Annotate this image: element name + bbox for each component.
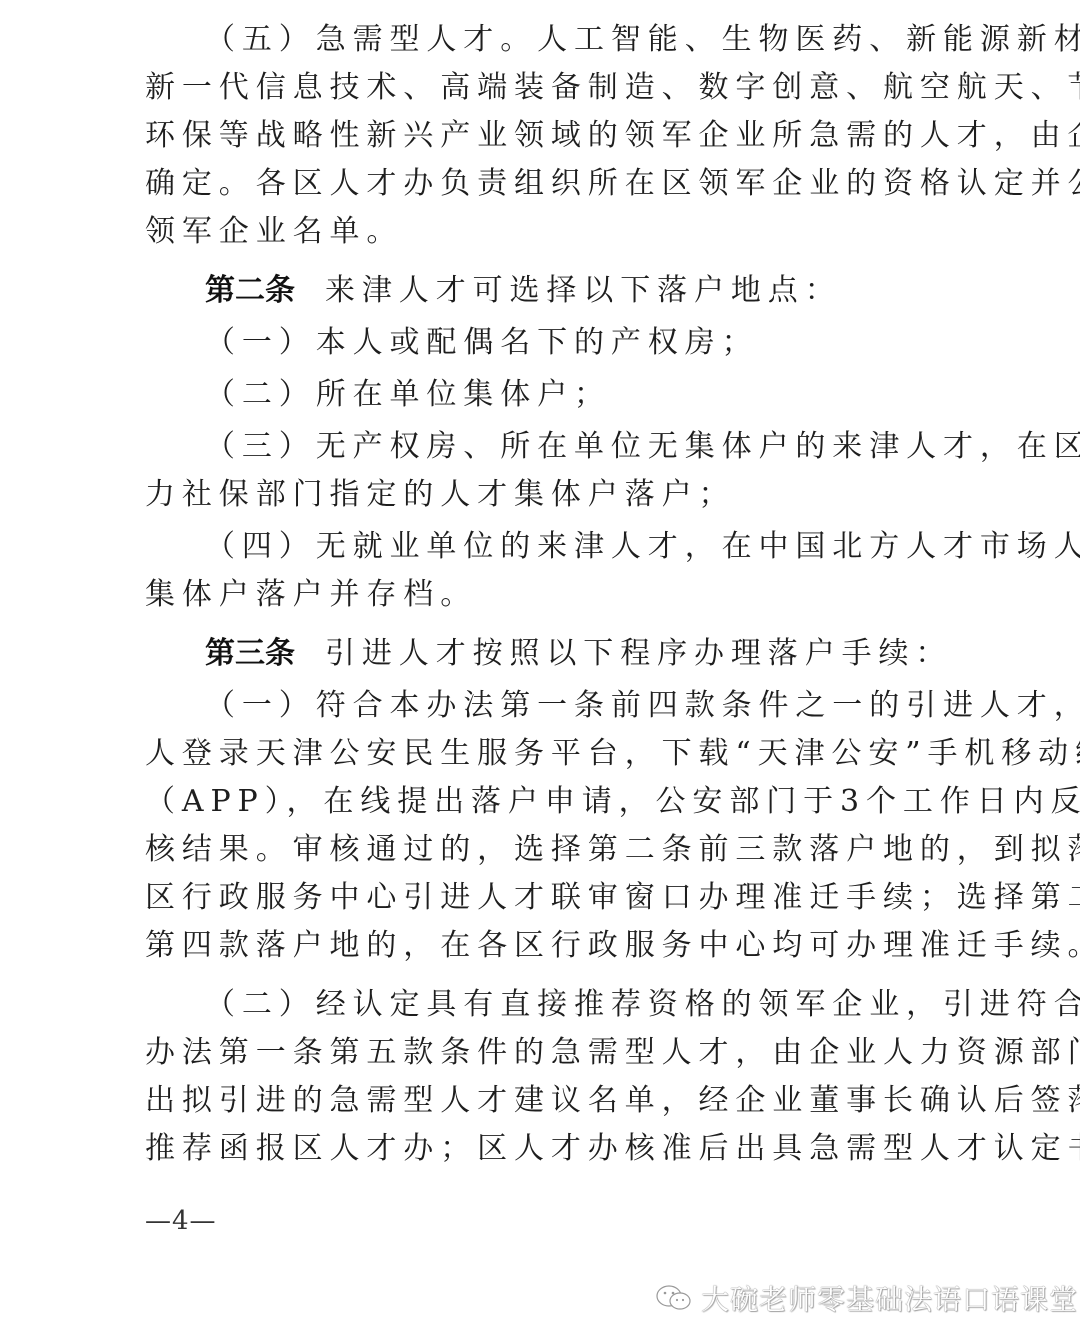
article-label: 第二条 [205,273,295,308]
list-item-continuation: 推荐函报区人才办；区人才办核准后出具急需型人才认定书； [145,1125,937,1173]
watermark: 大碗老师零基础法语口语课堂 [655,1280,1078,1316]
list-item: （二）所在单位集体户； [145,371,937,419]
list-item-continuation: 办法第一条第五款条件的急需型人才，由企业人力资源部门提 [145,1029,937,1077]
list-item-continuation: 人登录天津公安民生服务平台，下载“天津公安”手机移动终端 [145,730,937,778]
article-2-heading: 第二条来津人才可选择以下落户地点： [145,267,937,315]
document-page: （五）急需型人才。人工智能、生物医药、新能源新材料、 新一代信息技术、高端装备制… [145,16,937,1173]
list-item-continuation: 集体户落户并存档。 [145,571,937,619]
list-item: （二）经认定具有直接推荐资格的领军企业，引进符合本 [145,981,937,1029]
paragraph-line: 新一代信息技术、高端装备制造、数字创意、航空航天、节能 [145,64,937,112]
list-item: （一）符合本办法第一条前四款条件之一的引进人才，本 [145,682,937,730]
article-heading-text: 来津人才可选择以下落户地点： [325,273,842,308]
list-item-continuation: （APP），在线提出落户申请，公安部门于3个工作日内反馈审 [145,778,937,826]
page-number: —4— [145,1206,217,1236]
list-item-continuation: 区行政服务中心引进人才联审窗口办理准迁手续；选择第二条 [145,874,937,922]
article-heading-text: 引进人才按照以下程序办理落户手续： [325,636,952,671]
list-item: （三）无产权房、所在单位无集体户的来津人才，在区人 [145,423,937,471]
paragraph-line: 环保等战略性新兴产业领域的领军企业所急需的人才，由企业 [145,112,937,160]
list-item: （一）本人或配偶名下的产权房； [145,319,937,367]
article-label: 第三条 [205,636,295,671]
wechat-icon [655,1283,695,1313]
paragraph-line: 确定。各区人才办负责组织所在区领军企业的资格认定并公布 [145,160,937,208]
list-item-continuation: 力社保部门指定的人才集体户落户； [145,471,937,519]
paragraph-line: （五）急需型人才。人工智能、生物医药、新能源新材料、 [145,16,937,64]
list-item-continuation: 第四款落户地的，在各区行政服务中心均可办理准迁手续。 [145,922,937,970]
paragraph-line: 领军企业名单。 [145,208,937,256]
list-item-continuation: 核结果。审核通过的，选择第二条前三款落户地的，到拟落户 [145,826,937,874]
list-item: （四）无就业单位的来津人才，在中国北方人才市场人才 [145,523,937,571]
article-3-heading: 第三条引进人才按照以下程序办理落户手续： [145,630,937,678]
list-item-continuation: 出拟引进的急需型人才建议名单，经企业董事长确认后签落户 [145,1077,937,1125]
watermark-text: 大碗老师零基础法语口语课堂 [701,1278,1078,1318]
